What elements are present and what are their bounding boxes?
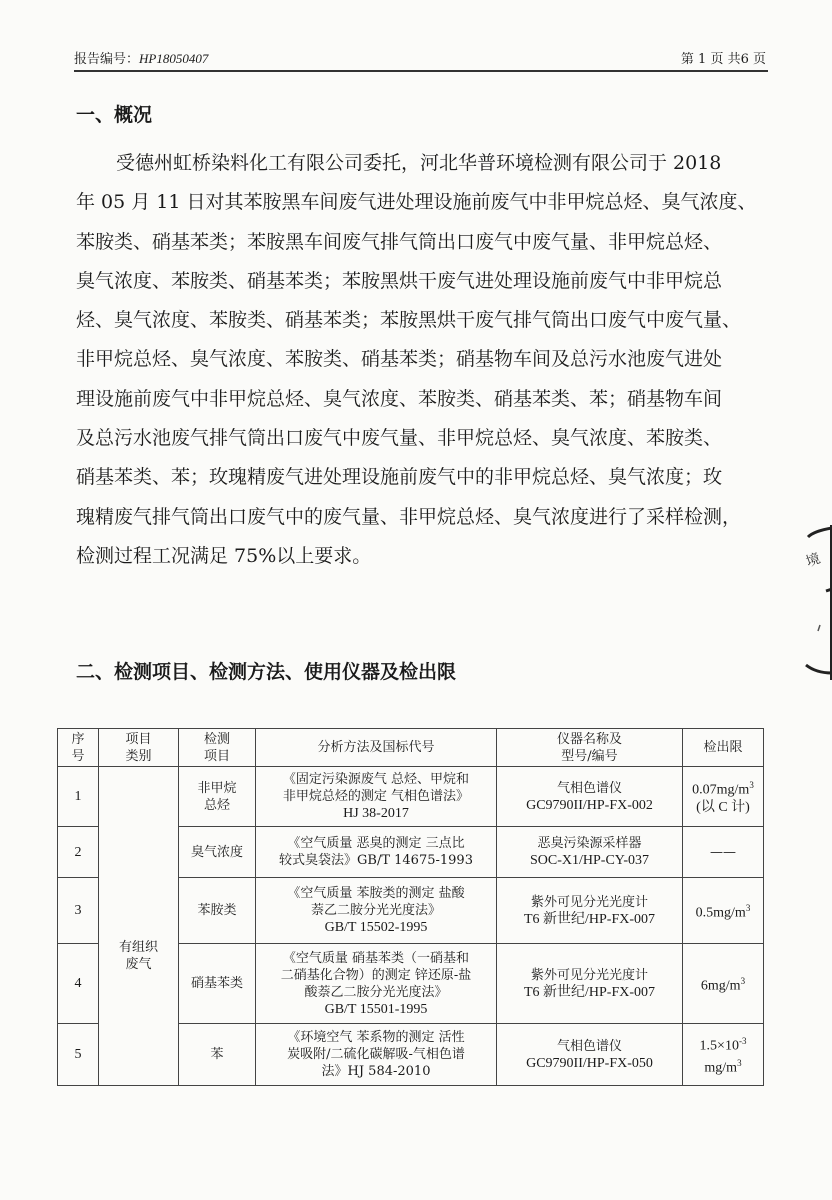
cell-seq: 4 [58,944,99,1024]
header-category: 项目类别 [99,729,179,767]
cell-instrument: 气相色谱仪GC9790II/HP-FX-050 [497,1024,683,1086]
header-instrument: 仪器名称及型号/编号 [497,729,683,767]
detection-table: 序号 项目类别 检测项目 分析方法及国标代号 仪器名称及型号/编号 检出限 1 … [57,728,764,1086]
section-2-title: 二、检测项目、检测方法、使用仪器及检出限 [76,657,456,684]
cell-method: 《环境空气 苯系物的测定 活性炭吸附/二硫化碳解吸-气相色谱法》HJ 584-2… [256,1024,497,1086]
cell-item: 臭气浓度 [179,827,256,878]
svg-text:境: 境 [804,551,823,571]
para-line: 受德州虹桥染料化工有限公司委托，河北华普环境检测有限公司于 2018 [76,144,766,183]
cell-instrument: 紫外可见分光光度计T6 新世纪/HP-FX-007 [497,944,683,1024]
para-line: 硝基苯类、苯；玫瑰精废气进处理设施前废气中的非甲烷总烃、臭气浓度；玫 [76,458,766,497]
cell-item: 苯胺类 [179,878,256,944]
report-number: 报告编号：HP18050407 [74,48,208,67]
cell-limit: 6mg/m3 [683,944,764,1024]
para-line: 检测过程工况满足 75%以上要求。 [76,537,766,576]
cell-method: 《空气质量 苯胺类的测定 盐酸萘乙二胺分光光度法》GB/T 15502-1995 [256,878,497,944]
table-row: 1 有组织废气 非甲烷总烃 《固定污染源废气 总烃、甲烷和非甲烷总烃的测定 气相… [58,767,764,827]
report-number-label: 报告编号： [74,52,139,67]
cell-method: 《固定污染源废气 总烃、甲烷和非甲烷总烃的测定 气相色谱法》HJ 38-2017 [256,767,497,827]
cell-seq: 1 [58,767,99,827]
para-line: 理设施前废气中非甲烷总烃、臭气浓度、苯胺类、硝基苯类、苯；硝基物车间 [76,380,766,419]
section-1-body: 受德州虹桥染料化工有限公司委托，河北华普环境检测有限公司于 2018 年 05 … [76,144,766,576]
para-line: 臭气浓度、苯胺类、硝基苯类；苯胺黑烘干废气进处理设施前废气中非甲烷总 [76,262,766,301]
header-method: 分析方法及国标代号 [256,729,497,767]
para-line: 非甲烷总烃、臭气浓度、苯胺类、硝基苯类；硝基物车间及总污水池废气进处 [76,340,766,379]
para-line: 年 05 月 11 日对其苯胺黑车间废气进处理设施前废气中非甲烷总烃、臭气浓度、 [76,183,766,222]
table-header-row: 序号 项目类别 检测项目 分析方法及国标代号 仪器名称及型号/编号 检出限 [58,729,764,767]
cell-category: 有组织废气 [99,767,179,1086]
cell-limit: 1.5×10-3mg/m3 [683,1024,764,1086]
cell-method: 《空气质量 恶臭的测定 三点比较式臭袋法》GB/T 14675-1993 [256,827,497,878]
cell-instrument: 紫外可见分光光度计T6 新世纪/HP-FX-007 [497,878,683,944]
cell-seq: 3 [58,878,99,944]
page-header: 报告编号：HP18050407 第 1 页 共6 页 [74,48,768,72]
cell-limit: —— [683,827,764,878]
header-seq: 序号 [58,729,99,767]
para-line: 苯胺类、硝基苯类；苯胺黑车间废气排气筒出口废气中废气量、非甲烷总烃、 [76,223,766,262]
page-info: 第 1 页 共6 页 [681,48,766,67]
report-number-value: HP18050407 [139,51,208,66]
cell-limit: 0.5mg/m3 [683,878,764,944]
edge-seal-stamp: 境 [802,525,832,680]
header-limit: 检出限 [683,729,764,767]
cell-item: 苯 [179,1024,256,1086]
para-line: 烃、臭气浓度、苯胺类、硝基苯类；苯胺黑烘干废气排气筒出口废气中废气量、 [76,301,766,340]
cell-item: 硝基苯类 [179,944,256,1024]
cell-item: 非甲烷总烃 [179,767,256,827]
para-line: 及总污水池废气排气筒出口废气中废气量、非甲烷总烃、臭气浓度、苯胺类、 [76,419,766,458]
para-line: 瑰精废气排气筒出口废气中的废气量、非甲烷总烃、臭气浓度进行了采样检测， [76,498,766,537]
section-1-title: 一、概况 [76,100,152,127]
cell-instrument: 恶臭污染源采样器SOC-X1/HP-CY-037 [497,827,683,878]
cell-seq: 5 [58,1024,99,1086]
cell-seq: 2 [58,827,99,878]
cell-instrument: 气相色谱仪GC9790II/HP-FX-002 [497,767,683,827]
header-item: 检测项目 [179,729,256,767]
cell-limit: 0.07mg/m3(以 C 计) [683,767,764,827]
cell-method: 《空气质量 硝基苯类（一硝基和二硝基化合物）的测定 锌还原-盐酸萘乙二胺分光光度… [256,944,497,1024]
